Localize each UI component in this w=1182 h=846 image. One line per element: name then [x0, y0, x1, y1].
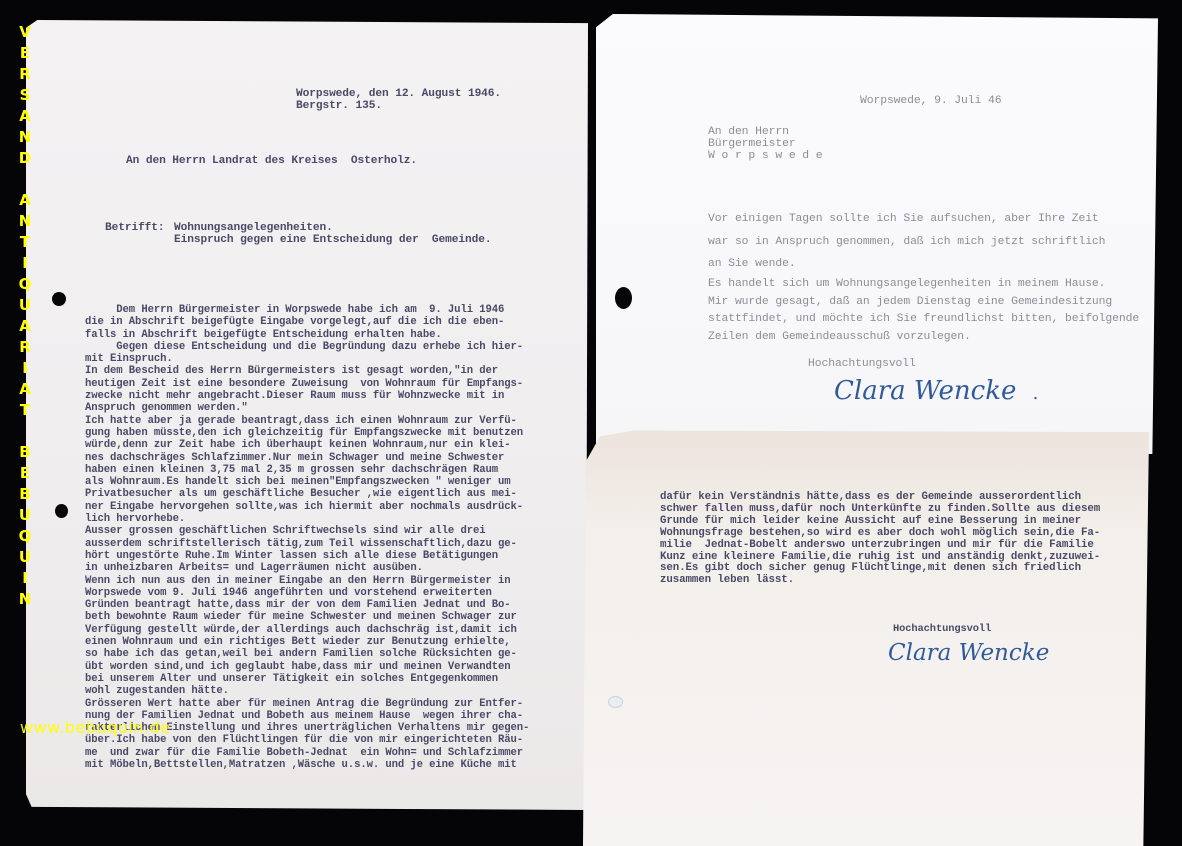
right-letter-recipient-3: W o r p s w e d e — [708, 150, 823, 162]
right-letter-paragraph-1: Vor einigen Tagen sollte ich Sie aufsuch… — [708, 208, 1105, 276]
punch-hole — [615, 287, 632, 309]
left-letter-date: Worpswede, den 12. August 1946. — [296, 88, 501, 100]
left-letter-subject-line-2: Einspruch gegen eine Entscheidung der Ge… — [174, 234, 491, 246]
left-letter-address: Bergstr. 135. — [296, 100, 382, 112]
punch-hole — [52, 292, 66, 306]
left-letter-recipient: An den Herrn Landrat des Kreises Osterho… — [126, 155, 417, 167]
right-letter-paragraph-2: Es handelt sich um Wohnungsangelegenheit… — [708, 276, 1139, 346]
left-letter-subject-line-1: Wohnungsangelegenheiten. — [174, 222, 333, 234]
right-letter-closing: Hochachtungsvoll — [808, 358, 916, 370]
letter-page-right-bottom: dafür kein Verständnis hätte,dass es der… — [583, 428, 1149, 846]
continuation-letter-closing: Hochachtungsvoll — [893, 623, 991, 635]
watermark-vertical: V E R S A N D A N T I Q U A R I A T B E … — [18, 22, 32, 610]
right-letter-recipient-1: An den Herrn — [708, 126, 789, 138]
left-letter-subject-label: Betrifft: — [105, 222, 165, 234]
right-letter-date: Worpswede, 9. Juli 46 — [860, 90, 1001, 113]
continuation-letter-body: dafür kein Verständnis hätte,dass es der… — [660, 492, 1100, 587]
punch-hole — [55, 504, 68, 518]
continuation-letter-signature: Clara Wencke — [888, 640, 1049, 666]
letter-page-left: Worpswede, den 12. August 1946. Bergstr.… — [26, 20, 588, 810]
watermark-url: www.bebuquin.de — [20, 718, 171, 737]
left-letter-body: Dem Herrn Bürgermeister in Worpswede hab… — [85, 304, 529, 771]
letter-page-right-top: Worpswede, 9. Juli 46 An den Herrn Bürge… — [596, 14, 1158, 454]
punch-hole — [608, 696, 623, 708]
right-letter-signature: Clara Wencke . — [834, 376, 1038, 406]
right-letter-recipient-2: Bürgermeister — [708, 138, 796, 150]
